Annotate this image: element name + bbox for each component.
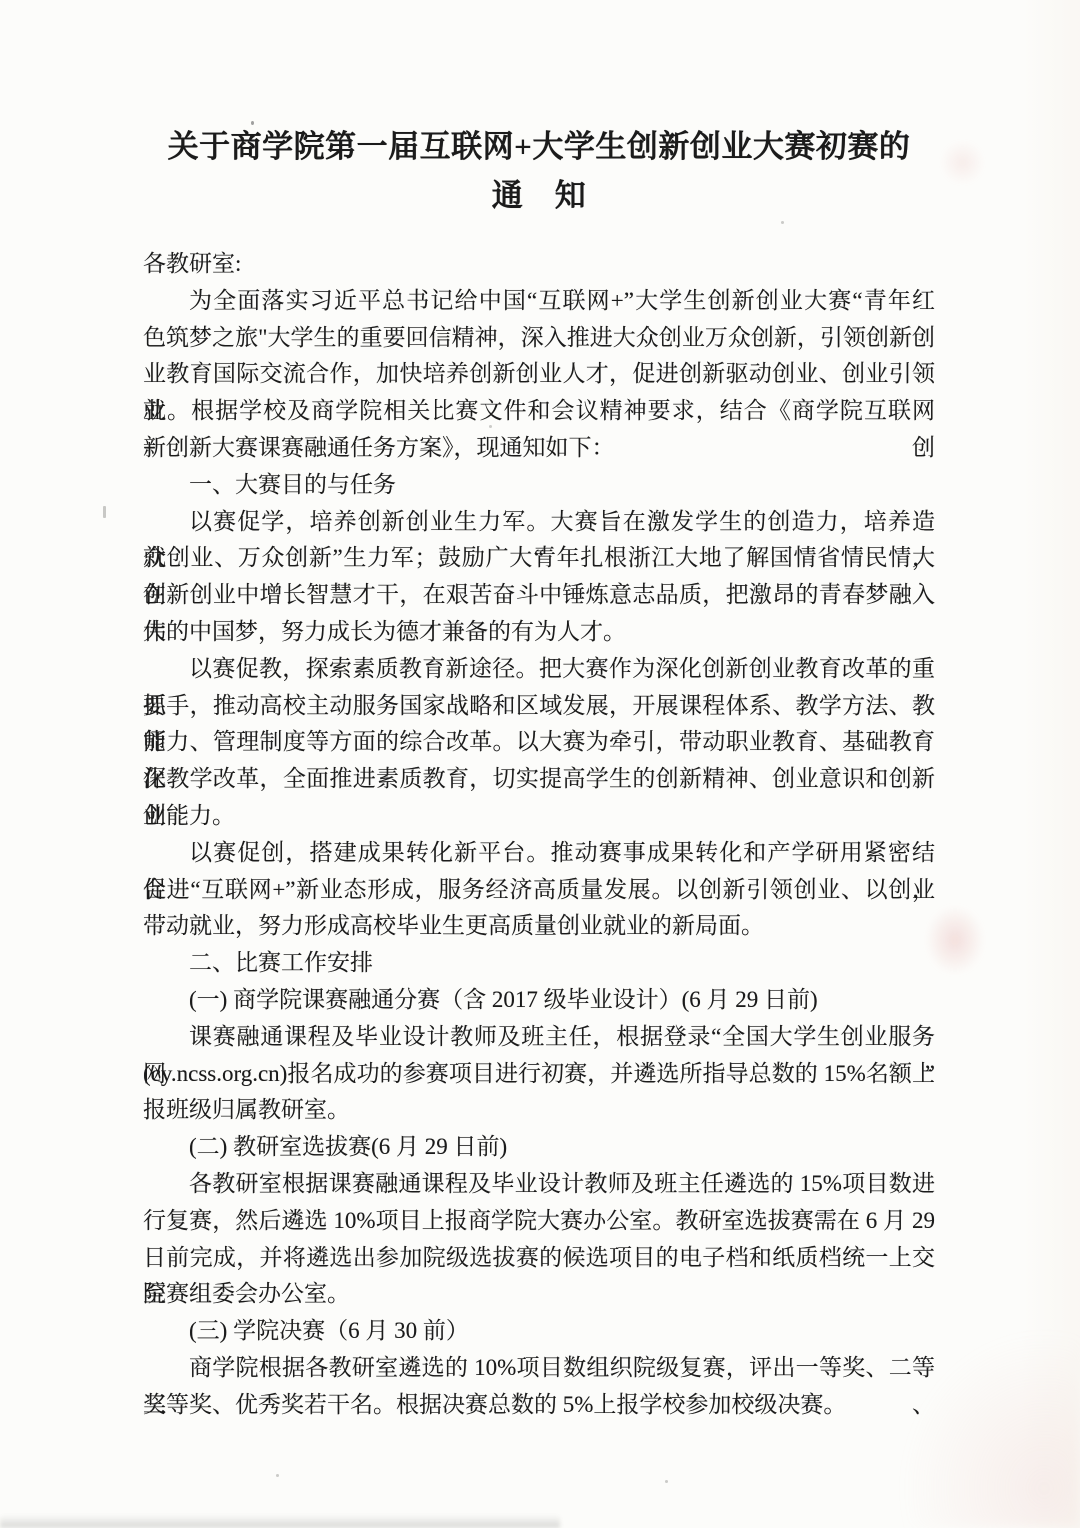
document-line: 众创业、万众创新”生力军；鼓励广大青年扎根浙江大地了解国情省情民情，在 <box>143 540 935 577</box>
document-line: 课赛融通课程及毕业设计教师及班主任，根据登录“全国大学生创业服务网” <box>143 1019 935 1056</box>
document-line: 为全面落实习近平总书记给中国“互联网+”大学生创新创业大赛“青年红 <box>143 283 935 320</box>
document-line: (cy.ncss.org.cn)报名成功的参赛项目进行初赛，并遴选所指导总数的 … <box>143 1056 935 1093</box>
document-title: 关于商学院第一届互联网+大学生创新创业大赛初赛的 通 知 <box>143 122 935 220</box>
scan-speck <box>781 221 784 224</box>
document-body: 各教研室:为全面落实习近平总书记给中国“互联网+”大学生创新创业大赛“青年红色筑… <box>143 246 935 1424</box>
document-line: 各教研室根据课赛融通课程及毕业设计教师及班主任遴选的 15%项目数进 <box>143 1166 935 1203</box>
scan-speck <box>276 1474 279 1477</box>
document-line: 大的中国梦，努力成长为德才兼备的有为人才。 <box>143 614 935 651</box>
document-line: 创新创业中增长智慧才干，在艰苦奋斗中锤炼意志品质，把激昂的青春梦融入伟 <box>143 577 935 614</box>
document-line: 业。根据学校及商学院相关比赛文件和会议精神要求，结合《商学院互联网+创 <box>143 393 935 430</box>
scan-edge-mark <box>103 506 106 518</box>
document-line: 院赛组委会办公室。 <box>143 1276 935 1313</box>
scan-speck <box>665 1480 668 1483</box>
scanned-document-page: 关于商学院第一届互联网+大学生创新创业大赛初赛的 通 知 各教研室:为全面落实习… <box>0 0 1080 1528</box>
document-line: 以赛促教，探索素质教育新途径。把大赛作为深化创新创业教育改革的重要 <box>143 651 935 688</box>
document-line: 色筑梦之旅"大学生的重要回信精神，深入推进大众创业万众创新，引领创新创 <box>143 320 935 357</box>
scan-right-edge-wash <box>1020 0 1080 1528</box>
document-line: 商学院根据各教研室遴选的 10%项目数组织院级复赛，评出一等奖、二等奖、 <box>143 1350 935 1387</box>
document-line: 化教学改革，全面推进素质教育，切实提高学生的创新精神、创业意识和创新创 <box>143 761 935 798</box>
document-line: 促进“互联网+”新业态形成，服务经济高质量发展。以创新引领创业、以创业 <box>143 872 935 909</box>
document-line: 以赛促学，培养创新创业生力军。大赛旨在激发学生的创造力，培养造就“大 <box>143 504 935 541</box>
document-title-line-2: 通 知 <box>143 171 935 220</box>
scan-bottom-strip <box>0 1515 560 1528</box>
document-line: 业教育国际交流合作，加快培养创新创业人才，促进创新驱动创业、创业引领就 <box>143 356 935 393</box>
document-line: 行复赛，然后遴选 10%项目上报商学院大赛办公室。教研室选拔赛需在 6 月 29 <box>143 1203 935 1240</box>
document-line: 业能力。 <box>143 798 935 835</box>
document-line: 一、大赛目的与任务 <box>143 467 935 504</box>
document-line: 各教研室: <box>143 246 935 283</box>
document-line: 二、比赛工作安排 <box>143 945 935 982</box>
document-line: 三等奖、优秀奖若干名。根据决赛总数的 5%上报学校参加校级决赛。 <box>143 1387 935 1424</box>
document-line: (二) 教研室选拔赛(6 月 29 日前) <box>143 1129 935 1166</box>
document-line: 抓手，推动高校主动服务国家战略和区域发展，开展课程体系、教学方法、教师 <box>143 688 935 725</box>
document-line: 报班级归属教研室。 <box>143 1092 935 1129</box>
document-title-line-1: 关于商学院第一届互联网+大学生创新创业大赛初赛的 <box>143 122 935 171</box>
document-line: (三) 学院决赛（6 月 30 前） <box>143 1313 935 1350</box>
document-line: 能力、管理制度等方面的综合改革。以大赛为牵引，带动职业教育、基础教育深 <box>143 724 935 761</box>
document-line: (一) 商学院课赛融通分赛（含 2017 级毕业设计）(6 月 29 日前) <box>143 982 935 1019</box>
document-line: 带动就业，努力形成高校毕业生更高质量创业就业的新局面。 <box>143 908 935 945</box>
scan-pink-smudge <box>940 140 985 185</box>
document-line: 日前完成，并将遴选出参加院级选拔赛的候选项目的电子档和纸质档统一上交至 <box>143 1240 935 1277</box>
document-line: 以赛促创，搭建成果转化新平台。推动赛事成果转化和产学研用紧密结合， <box>143 835 935 872</box>
